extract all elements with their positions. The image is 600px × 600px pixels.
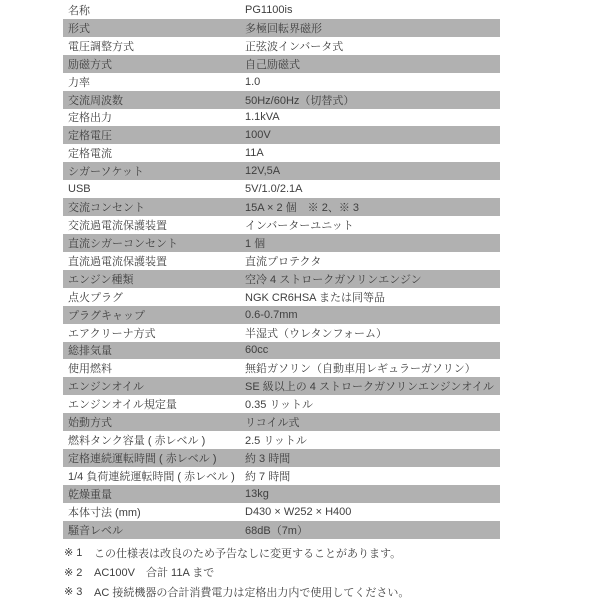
spec-row: 始動方式リコイル式 — [63, 413, 500, 431]
spec-label: 力率 — [63, 74, 245, 90]
spec-label: エンジンオイル — [63, 378, 245, 394]
spec-label: 1/4 負荷連続運転時間 ( 赤レベル ) — [63, 468, 245, 484]
spec-row: 直流シガーコンセント1 個 — [63, 234, 500, 252]
spec-row: 1/4 負荷連続運転時間 ( 赤レベル )約 7 時間 — [63, 467, 500, 485]
spec-value: 50Hz/60Hz（切替式） — [245, 92, 500, 108]
spec-value: 1.0 — [245, 76, 500, 88]
spec-value: 2.5 リットル — [245, 432, 500, 448]
spec-value: 空冷 4 ストロークガソリンエンジン — [245, 271, 500, 287]
footnote-text: AC100V 合計 11A まで — [94, 564, 409, 580]
spec-label: プラグキャップ — [63, 307, 245, 323]
spec-value: リコイル式 — [245, 414, 500, 430]
spec-label: 乾燥重量 — [63, 486, 245, 502]
spec-row: 定格電圧100V — [63, 126, 500, 144]
spec-row: 交流周波数50Hz/60Hz（切替式） — [63, 91, 500, 109]
spec-label: エアクリーナ方式 — [63, 325, 245, 341]
spec-value: 0.35 リットル — [245, 396, 500, 412]
spec-row: 交流過電流保護装置インバーターユニット — [63, 216, 500, 234]
spec-row: 電圧調整方式正弦波インバータ式 — [63, 37, 500, 55]
spec-label: 定格電流 — [63, 145, 245, 161]
spec-value: 直流プロテクタ — [245, 253, 500, 269]
spec-value: 100V — [245, 129, 500, 141]
spec-label: 直流過電流保護装置 — [63, 253, 245, 269]
spec-row: エンジンオイル規定量0.35 リットル — [63, 395, 500, 413]
spec-label: シガーソケット — [63, 163, 245, 179]
footnote-text: AC 接続機器の合計消費電力は定格出力内で使用してください。 — [94, 584, 409, 600]
spec-label: 交流過電流保護装置 — [63, 217, 245, 233]
spec-value: 約 7 時間 — [245, 468, 500, 484]
spec-label: 総排気量 — [63, 342, 245, 358]
footnote-marker: ※ 2 — [64, 566, 94, 579]
spec-row: シガーソケット12V,5A — [63, 162, 500, 180]
spec-row: エンジン種類空冷 4 ストロークガソリンエンジン — [63, 270, 500, 288]
spec-value: 15A × 2 個 ※ 2、※ 3 — [245, 199, 500, 215]
spec-row: 定格連続運転時間 ( 赤レベル )約 3 時間 — [63, 449, 500, 467]
spec-label: 使用燃料 — [63, 360, 245, 376]
spec-label: 電圧調整方式 — [63, 38, 245, 54]
spec-label: エンジンオイル規定量 — [63, 396, 245, 412]
spec-label: 定格電圧 — [63, 127, 245, 143]
spec-row: 騒音レベル68dB（7m） — [63, 521, 500, 539]
spec-value: 1 個 — [245, 235, 500, 251]
spec-row: 定格電流11A — [63, 144, 500, 162]
spec-label: USB — [63, 183, 245, 195]
spec-value: 68dB（7m） — [245, 522, 500, 538]
spec-value: 13kg — [245, 488, 500, 500]
spec-row: プラグキャップ0.6-0.7mm — [63, 306, 500, 324]
spec-label: 騒音レベル — [63, 522, 245, 538]
spec-label: エンジン種類 — [63, 271, 245, 287]
spec-value: 12V,5A — [245, 165, 500, 177]
spec-row: 点火プラグNGK CR6HSA または同等品 — [63, 288, 500, 306]
spec-value: 5V/1.0/2.1A — [245, 183, 500, 195]
spec-row: 乾燥重量13kg — [63, 485, 500, 503]
spec-value: D430 × W252 × H400 — [245, 506, 500, 518]
spec-value: NGK CR6HSA または同等品 — [245, 289, 500, 305]
spec-row: 本体寸法 (mm)D430 × W252 × H400 — [63, 503, 500, 521]
spec-value: 正弦波インバータ式 — [245, 38, 500, 54]
spec-label: 交流周波数 — [63, 92, 245, 108]
footnote: ※ 3AC 接続機器の合計消費電力は定格出力内で使用してください。 — [64, 582, 409, 600]
spec-row: 形式多極回転界磁形 — [63, 19, 500, 37]
spec-row: 使用燃料無鉛ガソリン（自動車用レギュラーガソリン） — [63, 359, 500, 377]
spec-row: 力率1.0 — [63, 73, 500, 91]
spec-label: 交流コンセント — [63, 199, 245, 215]
spec-row: エンジンオイルSE 級以上の 4 ストロークガソリンエンジンオイル — [63, 377, 500, 395]
spec-row: 励磁方式自己励磁式 — [63, 55, 500, 73]
spec-row: 直流過電流保護装置直流プロテクタ — [63, 252, 500, 270]
spec-label: 燃料タンク容量 ( 赤レベル ) — [63, 432, 245, 448]
spec-row: 燃料タンク容量 ( 赤レベル )2.5 リットル — [63, 431, 500, 449]
spec-label: 形式 — [63, 20, 245, 36]
spec-row: 総排気量60cc — [63, 342, 500, 360]
spec-value: インバーターユニット — [245, 217, 500, 233]
spec-label: 励磁方式 — [63, 56, 245, 72]
spec-value: 約 3 時間 — [245, 450, 500, 466]
spec-label: 直流シガーコンセント — [63, 235, 245, 251]
spec-row: 名称PG1100is — [63, 1, 500, 19]
footnotes: ※ 1この仕様表は改良のため予告なしに変更することがあります。 ※ 2AC100… — [64, 543, 409, 600]
spec-value: 0.6-0.7mm — [245, 309, 500, 321]
spec-label: 本体寸法 (mm) — [63, 504, 245, 520]
spec-value: 無鉛ガソリン（自動車用レギュラーガソリン） — [245, 360, 500, 376]
spec-row: 交流コンセント15A × 2 個 ※ 2、※ 3 — [63, 198, 500, 216]
spec-value: 自己励磁式 — [245, 56, 500, 72]
spec-value: 1.1kVA — [245, 111, 500, 123]
spec-value: 60cc — [245, 344, 500, 356]
footnote-marker: ※ 3 — [64, 585, 94, 598]
spec-label: 定格連続運転時間 ( 赤レベル ) — [63, 450, 245, 466]
spec-value: 多極回転界磁形 — [245, 20, 500, 36]
spec-row: エアクリーナ方式半湿式（ウレタンフォーム） — [63, 324, 500, 342]
spec-value: 半湿式（ウレタンフォーム） — [245, 325, 500, 341]
spec-table: 名称PG1100is 形式多極回転界磁形 電圧調整方式正弦波インバータ式 励磁方… — [63, 1, 500, 539]
footnote: ※ 1この仕様表は改良のため予告なしに変更することがあります。 — [64, 543, 409, 563]
footnote-text: この仕様表は改良のため予告なしに変更することがあります。 — [94, 545, 409, 561]
footnote-marker: ※ 1 — [64, 546, 94, 559]
spec-label: 定格出力 — [63, 109, 245, 125]
spec-row: 定格出力1.1kVA — [63, 109, 500, 127]
spec-label: 点火プラグ — [63, 289, 245, 305]
spec-value: SE 級以上の 4 ストロークガソリンエンジンオイル — [245, 378, 500, 394]
spec-value: 11A — [245, 147, 500, 159]
footnote: ※ 2AC100V 合計 11A まで — [64, 563, 409, 583]
spec-row: USB5V/1.0/2.1A — [63, 180, 500, 198]
spec-label: 名称 — [63, 2, 245, 18]
spec-label: 始動方式 — [63, 414, 245, 430]
spec-value: PG1100is — [245, 4, 500, 16]
